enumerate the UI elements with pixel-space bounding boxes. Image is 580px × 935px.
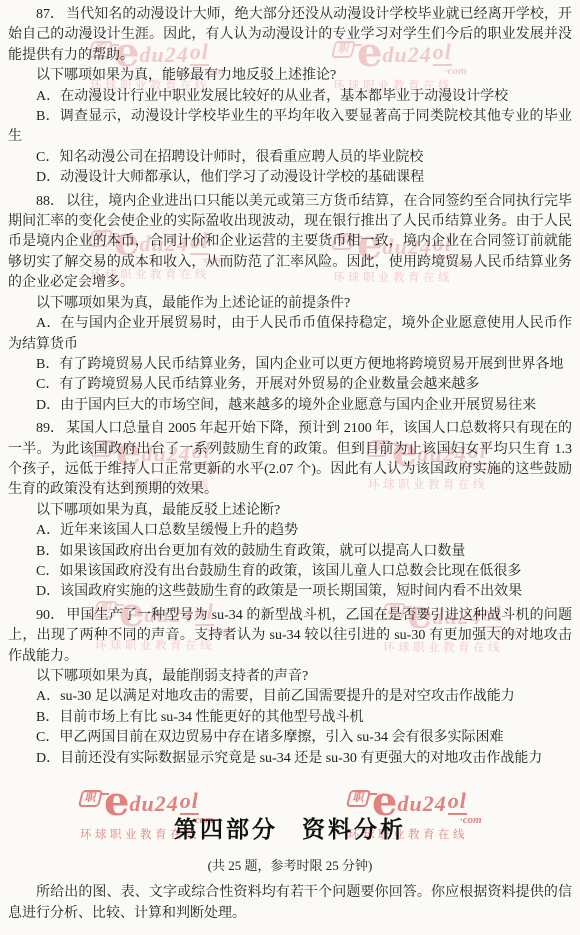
- question-stem: 90．甲国生产了一种型号为 su-34 的新型战斗机，乙国在是否要引进这种战斗机…: [8, 606, 572, 667]
- question-90: 90．甲国生产了一种型号为 su-34 的新型战斗机，乙国在是否要引进这种战斗机…: [8, 606, 572, 769]
- question-stem: 88．以往，境内企业进出口只能以美元或第三方货币结算，在合同签约至合同执行完毕期…: [8, 192, 572, 294]
- question-88: 88．以往，境内企业进出口只能以美元或第三方货币结算，在合同签约至合同执行完毕期…: [8, 192, 572, 416]
- exam-page: 职edu24ol ·com 环球职业教育在线 职edu24ol ·com 环球职…: [0, 0, 580, 935]
- question-prompt: 以下哪项如果为真，最能反驳上述论断?: [8, 501, 572, 521]
- option-b: B．调查显示，动漫设计学校毕业生的平均年收入要显著高于同类院校其他专业的毕业生: [8, 107, 572, 148]
- option-c: C．如果该国政府没有出台鼓励生育的政策，该国儿童人口总数会比现在低很多: [8, 562, 572, 582]
- exam-content: 87．当代知名的动漫设计大师，绝大部分还没从动漫设计学校毕业就已经离开学校，开始…: [0, 0, 580, 924]
- question-stem: 89．某国人口总量自 2005 年起开始下降，预计到 2100 年，该国人口总数…: [8, 419, 572, 501]
- option-c: C．有了跨境贸易人民币结算业务，开展对外贸易的企业数量会越来越多: [8, 375, 572, 395]
- option-d: D．动漫设计大师都承认，他们学习了动漫设计学校的基础课程: [8, 168, 572, 188]
- option-b: B．有了跨境贸易人民币结算业务，国内企业可以更方便地将跨境贸易开展到世界各地: [8, 355, 572, 375]
- question-number: 90．: [36, 608, 64, 623]
- question-number: 89．: [36, 421, 64, 436]
- option-a: A．在动漫设计行业中职业发展比较好的从业者，基本都毕业于动漫设计学校: [8, 87, 572, 107]
- question-stem: 87．当代知名的动漫设计大师，绝大部分还没从动漫设计学校毕业就已经离开学校，开始…: [8, 5, 572, 66]
- option-d: D．该国政府实施的这些鼓励生育的政策是一项长期国策，短时间内看不出效果: [8, 582, 572, 602]
- option-a: A．近年来该国人口总数呈缓慢上升的趋势: [8, 521, 572, 541]
- question-89: 89．某国人口总量自 2005 年起开始下降，预计到 2100 年，该国人口总数…: [8, 419, 572, 603]
- section-part-label: 第四部分: [174, 816, 278, 842]
- question-prompt: 以下哪项如果为真，最能削弱支持者的声音?: [8, 667, 572, 687]
- option-a: A．在与国内企业开展贸易时，由于人民币币值保持稳定，境外企业愿意使用人民币作为结…: [8, 314, 572, 355]
- question-number: 87．: [36, 7, 64, 22]
- question-stem-text: 以往，境内企业进出口只能以美元或第三方货币结算，在合同签约至合同执行完毕期间汇率…: [8, 194, 572, 291]
- option-b: B．目前市场上有比 su-34 性能更好的其他型号战斗机: [8, 708, 572, 728]
- section-meta: (共 25 题，参考时限 25 分钟): [8, 856, 572, 876]
- option-a: A．su-30 足以满足对地攻击的需要，目前乙国需要提升的是对空攻击作战能力: [8, 687, 572, 707]
- option-c: C．知名动漫公司在招聘设计师时，很看重应聘人员的毕业院校: [8, 148, 572, 168]
- question-number: 88．: [36, 194, 64, 209]
- option-d: D．目前还没有实际数据显示究竟是 su-34 还是 su-30 有更强大的对地攻…: [8, 749, 572, 769]
- question-87: 87．当代知名的动漫设计大师，绝大部分还没从动漫设计学校毕业就已经离开学校，开始…: [8, 5, 572, 189]
- question-prompt: 以下哪项如果为真，能够最有力地反驳上述推论?: [8, 66, 572, 86]
- section-intro: 所给出的图、表、文字或综合性资料均有若干个问题要你回答。你应根据资料提供的信息进…: [8, 883, 572, 924]
- option-c: C．甲乙两国目前在双边贸易中存在诸多摩擦，引入 su-34 会有很多实际困难: [8, 728, 572, 748]
- section-part-title: 资料分析: [302, 816, 406, 842]
- question-stem-text: 当代知名的动漫设计大师，绝大部分还没从动漫设计学校毕业就已经离开学校，开始自己的…: [8, 7, 572, 63]
- question-prompt: 以下哪项如果为真，最能作为上述论证的前提条件?: [8, 294, 572, 314]
- question-stem-text: 某国人口总量自 2005 年起开始下降，预计到 2100 年，该国人口总数将只有…: [8, 421, 572, 497]
- option-d: D．由于国内巨大的市场空间，越来越多的境外企业愿意与国内企业开展贸易往来: [8, 396, 572, 416]
- question-stem-text: 甲国生产了一种型号为 su-34 的新型战斗机，乙国在是否要引进这种战斗机的问题…: [8, 608, 572, 664]
- section-header: 第四部分资料分析 (共 25 题，参考时限 25 分钟) 所给出的图、表、文字或…: [8, 815, 572, 924]
- option-b: B．如果该国政府出台更加有效的鼓励生育政策，就可以提高人口数量: [8, 542, 572, 562]
- section-title: 第四部分资料分析: [8, 815, 572, 843]
